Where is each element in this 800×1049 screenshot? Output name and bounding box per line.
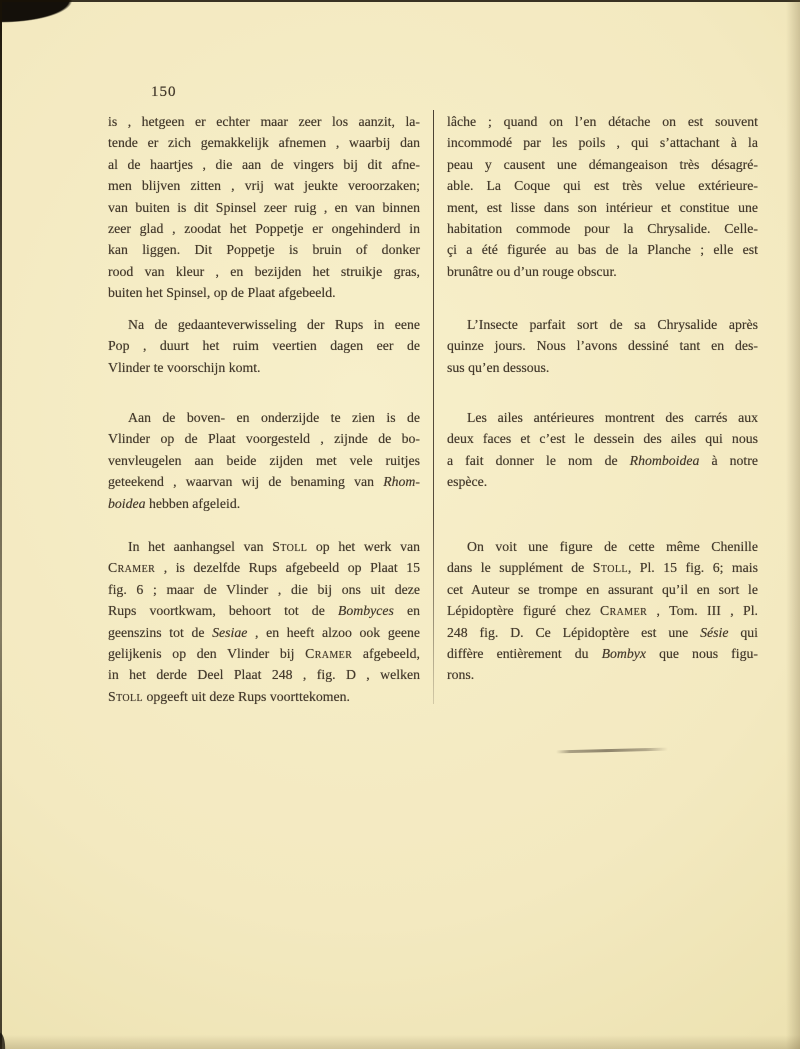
text-segment: On voit une figure de cette même Chenill… bbox=[467, 539, 758, 554]
text-segment: able. La Coque qui est très velue extéri… bbox=[447, 178, 758, 193]
text-line: a fait donner le nom de Rhomboidea à not… bbox=[447, 450, 758, 471]
author-name: Stoll bbox=[593, 560, 628, 575]
text-segment: espèce. bbox=[447, 474, 487, 489]
text-segment: que nous figu- bbox=[646, 646, 758, 661]
text-segment: tende er zich gemakkelijk afnemen , waar… bbox=[108, 135, 420, 150]
paragraph: Les ailes antérieures montrent des carré… bbox=[447, 407, 758, 493]
text-line: al de haartjes , die aan de vingers bij … bbox=[108, 154, 420, 175]
text-segment: Vlinder te voorschijn komt. bbox=[108, 360, 261, 375]
text-segment: cet Auteur se trompe en assurant qu’il e… bbox=[447, 582, 758, 597]
text-segment: L’Insecte parfait sort de sa Chrysalide … bbox=[467, 317, 758, 332]
page-number: 150 bbox=[151, 84, 177, 101]
text-line: In het aanhangsel van Stoll op het werk … bbox=[108, 536, 420, 557]
separator-rule bbox=[556, 748, 668, 754]
text-segment: Les ailes antérieures montrent des carré… bbox=[467, 410, 758, 425]
text-line: cet Auteur se trompe en assurant qu’il e… bbox=[447, 579, 758, 600]
text-line: zeer glad , zoodat het Poppetje er ongeh… bbox=[108, 218, 420, 239]
text-segment: Pop , duurt het ruim veertien dagen eer … bbox=[108, 338, 420, 353]
text-segment: incommodé par les poils , qui s’attachan… bbox=[447, 135, 758, 150]
paragraph: is , hetgeen er echter maar zeer los aan… bbox=[108, 111, 420, 304]
author-name: Cramer bbox=[600, 603, 647, 618]
text-line: geenszins tot de Sesiae , en heeft alzoo… bbox=[108, 622, 420, 643]
text-segment: quinze jours. Nous l’avons dessiné tant … bbox=[447, 338, 758, 353]
text-segment: lâche ; quand on l’en détache on est sou… bbox=[447, 114, 758, 129]
species-name: Rhomboidea bbox=[630, 453, 700, 468]
text-segment: qui bbox=[729, 625, 759, 640]
column-divider-rule bbox=[433, 110, 434, 704]
text-segment: en bbox=[394, 603, 420, 618]
text-segment: geenszins tot de bbox=[108, 625, 212, 640]
author-name: Cramer bbox=[108, 560, 155, 575]
text-line: Na de gedaanteverwisseling der Rups in e… bbox=[108, 314, 420, 335]
text-line: is , hetgeen er echter maar zeer los aan… bbox=[108, 111, 420, 132]
paragraph: Aan de boven- en onderzijde te zien is d… bbox=[108, 407, 420, 514]
text-segment: Vlinder op de Plaat voorgesteld , zijnde… bbox=[108, 431, 420, 446]
text-line: Cramer , is dezelfde Rups afgebeeld op P… bbox=[108, 557, 420, 578]
text-line: espèce. bbox=[447, 471, 758, 492]
text-segment: Lépidoptère figuré chez bbox=[447, 603, 600, 618]
text-line: incommodé par les poils , qui s’attachan… bbox=[447, 132, 758, 153]
species-name: Rhom- bbox=[383, 474, 420, 489]
text-segment: deux faces et c’est le dessein des ailes… bbox=[447, 431, 758, 446]
text-line: Vlinder te voorschijn komt. bbox=[108, 357, 420, 378]
text-line: rood van kleur , en bezijden het struikj… bbox=[108, 261, 420, 282]
text-line: tende er zich gemakkelijk afnemen , waar… bbox=[108, 132, 420, 153]
text-segment: men blijven zitten , vrij wat jeukte ver… bbox=[108, 178, 420, 193]
text-line: gelijkenis op den Vlinder bij Cramer afg… bbox=[108, 643, 420, 664]
text-line: Aan de boven- en onderzijde te zien is d… bbox=[108, 407, 420, 428]
text-segment: a fait donner le nom de bbox=[447, 453, 630, 468]
text-segment: in het derde Deel Plaat 248 , fig. D , w… bbox=[108, 667, 420, 682]
text-line: diffère entièrement du Bombyx que nous f… bbox=[447, 643, 758, 664]
text-segment: à notre bbox=[699, 453, 758, 468]
text-segment: ment, est lisse dans son intérieur et co… bbox=[447, 200, 758, 215]
page-edge-shadow-right bbox=[786, 0, 800, 1049]
text-segment: dans le supplément de bbox=[447, 560, 593, 575]
text-segment: hebben afgeleid. bbox=[146, 496, 241, 511]
text-segment: gelijkenis op den Vlinder bij bbox=[108, 646, 305, 661]
author-name: Stoll bbox=[272, 539, 307, 554]
text-segment: al de haartjes , die aan de vingers bij … bbox=[108, 157, 420, 172]
text-line: çi a été figurée au bas de la Planche ; … bbox=[447, 239, 758, 260]
paragraph: On voit une figure de cette même Chenill… bbox=[447, 536, 758, 686]
scan-corner-artifact bbox=[0, 0, 120, 38]
text-line: brunâtre ou d’un rouge obscur. bbox=[447, 261, 758, 282]
text-segment: Aan de boven- en onderzijde te zien is d… bbox=[128, 410, 420, 425]
text-segment: venvleugelen aan beide zijden met vele r… bbox=[108, 453, 420, 468]
text-segment: Na de gedaanteverwisseling der Rups in e… bbox=[128, 317, 420, 332]
text-segment: fig. 6 ; maar de Vlinder , die bij ons u… bbox=[108, 582, 420, 597]
text-line: quinze jours. Nous l’avons dessiné tant … bbox=[447, 335, 758, 356]
text-line: men blijven zitten , vrij wat jeukte ver… bbox=[108, 175, 420, 196]
text-line: able. La Coque qui est très velue extéri… bbox=[447, 175, 758, 196]
text-segment: is , hetgeen er echter maar zeer los aan… bbox=[108, 114, 420, 129]
paragraph: Na de gedaanteverwisseling der Rups in e… bbox=[108, 314, 420, 378]
text-segment: habitation commode pour la Chrysalide. C… bbox=[447, 221, 758, 236]
text-line: Lépidoptère figuré chez Cramer , Tom. II… bbox=[447, 600, 758, 621]
text-line: Stoll opgeeft uit deze Rups voorttekomen… bbox=[108, 686, 420, 707]
text-line: Les ailes antérieures montrent des carré… bbox=[447, 407, 758, 428]
species-name: Bombyces bbox=[338, 603, 394, 618]
text-line: fig. 6 ; maar de Vlinder , die bij ons u… bbox=[108, 579, 420, 600]
text-line: 248 fig. D. Ce Lépidoptère est une Sésie… bbox=[447, 622, 758, 643]
paragraph: L’Insecte parfait sort de sa Chrysalide … bbox=[447, 314, 758, 378]
species-name: Bombyx bbox=[602, 646, 646, 661]
paragraph: lâche ; quand on l’en détache on est sou… bbox=[447, 111, 758, 282]
text-line: venvleugelen aan beide zijden met vele r… bbox=[108, 450, 420, 471]
scan-edge-left bbox=[0, 0, 2, 1049]
text-segment: In het aanhangsel van bbox=[128, 539, 272, 554]
text-segment: geteekend , waarvan wij de benaming van bbox=[108, 474, 383, 489]
text-line: ment, est lisse dans son intérieur et co… bbox=[447, 197, 758, 218]
text-segment: diffère entièrement du bbox=[447, 646, 602, 661]
page-edge-shadow-bottom bbox=[0, 1035, 800, 1049]
text-line: lâche ; quand on l’en détache on est sou… bbox=[447, 111, 758, 132]
text-line: On voit une figure de cette même Chenill… bbox=[447, 536, 758, 557]
text-segment: opgeeft uit deze Rups voorttekomen. bbox=[143, 689, 350, 704]
text-line: van buiten is dit Spinsel zeer ruig , en… bbox=[108, 197, 420, 218]
text-line: geteekend , waarvan wij de benaming van … bbox=[108, 471, 420, 492]
paragraph: In het aanhangsel van Stoll op het werk … bbox=[108, 536, 420, 707]
text-segment: rood van kleur , en bezijden het struikj… bbox=[108, 264, 420, 279]
text-segment: Rups voortkwam, behoort tot de bbox=[108, 603, 338, 618]
text-segment: , Tom. III , Pl. bbox=[647, 603, 758, 618]
text-line: boidea hebben afgeleid. bbox=[108, 493, 420, 514]
text-line: Pop , duurt het ruim veertien dagen eer … bbox=[108, 335, 420, 356]
text-line: L’Insecte parfait sort de sa Chrysalide … bbox=[447, 314, 758, 335]
text-line: kan liggen. Dit Poppetje is bruin of don… bbox=[108, 239, 420, 260]
species-name: Sesiae bbox=[212, 625, 247, 640]
author-name: Stoll bbox=[108, 689, 143, 704]
species-name: boidea bbox=[108, 496, 146, 511]
text-segment: op het werk van bbox=[307, 539, 420, 554]
text-segment: , Pl. 15 fig. 6; mais bbox=[628, 560, 758, 575]
text-segment: brunâtre ou d’un rouge obscur. bbox=[447, 264, 617, 279]
text-line: rons. bbox=[447, 664, 758, 685]
text-line: Rups voortkwam, behoort tot de Bombyces … bbox=[108, 600, 420, 621]
text-segment: peau y causent une démangeaison très dés… bbox=[447, 157, 758, 172]
text-line: habitation commode pour la Chrysalide. C… bbox=[447, 218, 758, 239]
text-segment: kan liggen. Dit Poppetje is bruin of don… bbox=[108, 242, 420, 257]
text-segment: buiten het Spinsel, op de Plaat afgebeel… bbox=[108, 285, 336, 300]
text-line: Vlinder op de Plaat voorgesteld , zijnde… bbox=[108, 428, 420, 449]
scan-edge-top bbox=[0, 0, 800, 2]
text-segment: sus qu’en dessous. bbox=[447, 360, 549, 375]
text-line: sus qu’en dessous. bbox=[447, 357, 758, 378]
text-line: in het derde Deel Plaat 248 , fig. D , w… bbox=[108, 664, 420, 685]
text-segment: zeer glad , zoodat het Poppetje er ongeh… bbox=[108, 221, 420, 236]
text-segment: afgebeeld, bbox=[352, 646, 420, 661]
author-name: Cramer bbox=[305, 646, 352, 661]
text-segment: çi a été figurée au bas de la Planche ; … bbox=[447, 242, 758, 257]
text-segment: rons. bbox=[447, 667, 474, 682]
text-line: dans le supplément de Stoll, Pl. 15 fig.… bbox=[447, 557, 758, 578]
text-segment: van buiten is dit Spinsel zeer ruig , en… bbox=[108, 200, 420, 215]
text-segment: , is dezelfde Rups afgebeeld op Plaat 15 bbox=[155, 560, 420, 575]
text-line: buiten het Spinsel, op de Plaat afgebeel… bbox=[108, 282, 420, 303]
text-line: deux faces et c’est le dessein des ailes… bbox=[447, 428, 758, 449]
text-segment: , en heeft alzoo ook geene bbox=[247, 625, 420, 640]
text-line: peau y causent une démangeaison très dés… bbox=[447, 154, 758, 175]
book-page: 150 is , hetgeen er echter maar zeer los… bbox=[0, 0, 800, 1049]
species-name: Sésie bbox=[700, 625, 728, 640]
text-segment: 248 fig. D. Ce Lépidoptère est une bbox=[447, 625, 700, 640]
